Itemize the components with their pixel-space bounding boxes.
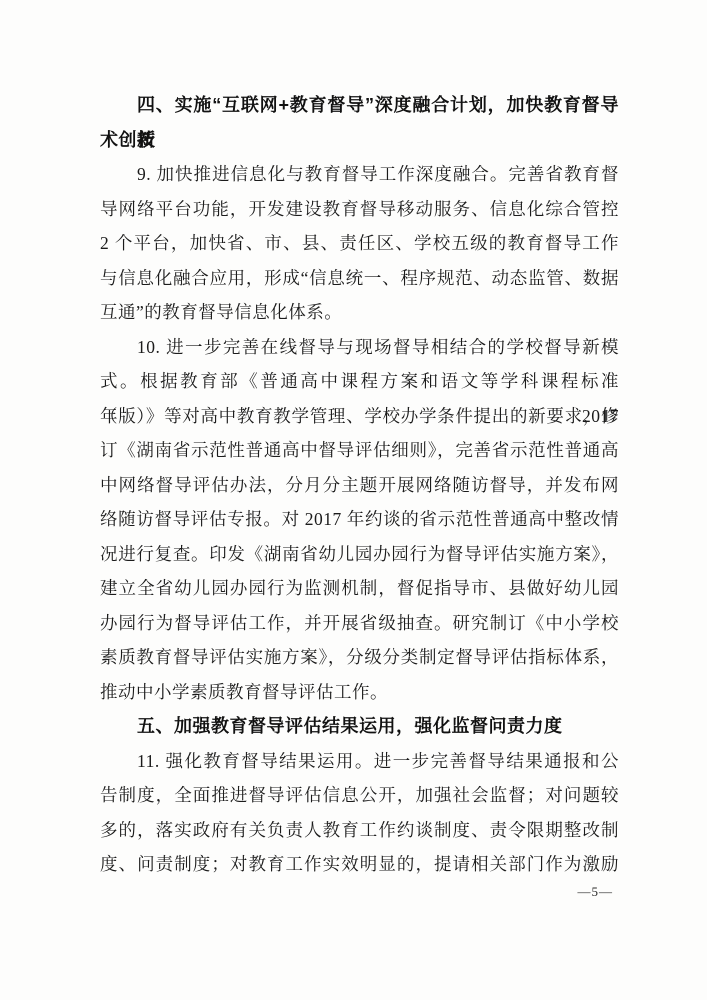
heading-line: 五、加强教育督导评估结果运用，强化监督问责力度 xyxy=(100,709,619,744)
body-line: 互通”的教育督导信息化体系。 xyxy=(100,295,619,330)
body-line: 况进行复查。印发《湖南省幼儿园办园行为督导评估实施方案》， xyxy=(100,537,619,572)
body-line: 与信息化融合应用，形成“信息统一、程序规范、动态监管、数据 xyxy=(100,261,619,296)
body-line: 订《湖南省示范性普通高中督导评估细则》，完善省示范性普通高 xyxy=(100,433,619,468)
body-line: 2 个平台，加快省、市、县、责任区、学校五级的教育督导工作 xyxy=(100,226,619,261)
body-line: 9. 加快推进信息化与教育督导工作深度融合。完善省教育督 xyxy=(100,157,619,192)
heading-line: 四、实施“互联网+教育督导”深度融合计划，加快教育督导技 xyxy=(100,88,619,123)
body-line: 多的，落实政府有关负责人教育工作约谈制度、责令限期整改制 xyxy=(100,813,619,848)
body-line: 11. 强化教育督导结果运用。进一步完善督导结果通报和公 xyxy=(100,744,619,779)
document-page: 四、实施“互联网+教育督导”深度融合计划，加快教育督导技术创新9. 加快推进信息… xyxy=(0,0,707,1000)
document-text-area: 四、实施“互联网+教育督导”深度融合计划，加快教育督导技术创新9. 加快推进信息… xyxy=(100,88,619,882)
body-line: 办园行为督导评估工作，并开展省级抽查。研究制订《中小学校 xyxy=(100,606,619,641)
body-line: 导网络平台功能，开发建设教育督导移动服务、信息化综合管控 xyxy=(100,192,619,227)
body-line: 中网络督导评估办法，分月分主题开展网络随访督导，并发布网 xyxy=(100,468,619,503)
body-line: 告制度，全面推进督导评估信息公开，加强社会监督；对问题较 xyxy=(100,778,619,813)
body-line: 年版）》等对高中教育教学管理、学校办学条件提出的新要求，修 xyxy=(100,399,619,434)
body-line: 10. 进一步完善在线督导与现场督导相结合的学校督导新模 xyxy=(100,330,619,365)
body-line: 推动中小学素质教育督导评估工作。 xyxy=(100,675,619,710)
body-line: 络随访督导评估专报。对 2017 年约谈的省示范性普通高中整改情 xyxy=(100,502,619,537)
page-number: —5— xyxy=(578,884,614,900)
body-line: 度、问责制度；对教育工作实效明显的，提请相关部门作为激励 xyxy=(100,847,619,882)
body-line: 素质教育督导评估实施方案》，分级分类制定督导评估指标体系， xyxy=(100,640,619,675)
body-line: 式。根据教育部《普通高中课程方案和语文等学科课程标准（2017 xyxy=(100,364,619,399)
body-line: 建立全省幼儿园办园行为监测机制，督促指导市、县做好幼儿园 xyxy=(100,571,619,606)
heading-line: 术创新 xyxy=(100,123,619,158)
